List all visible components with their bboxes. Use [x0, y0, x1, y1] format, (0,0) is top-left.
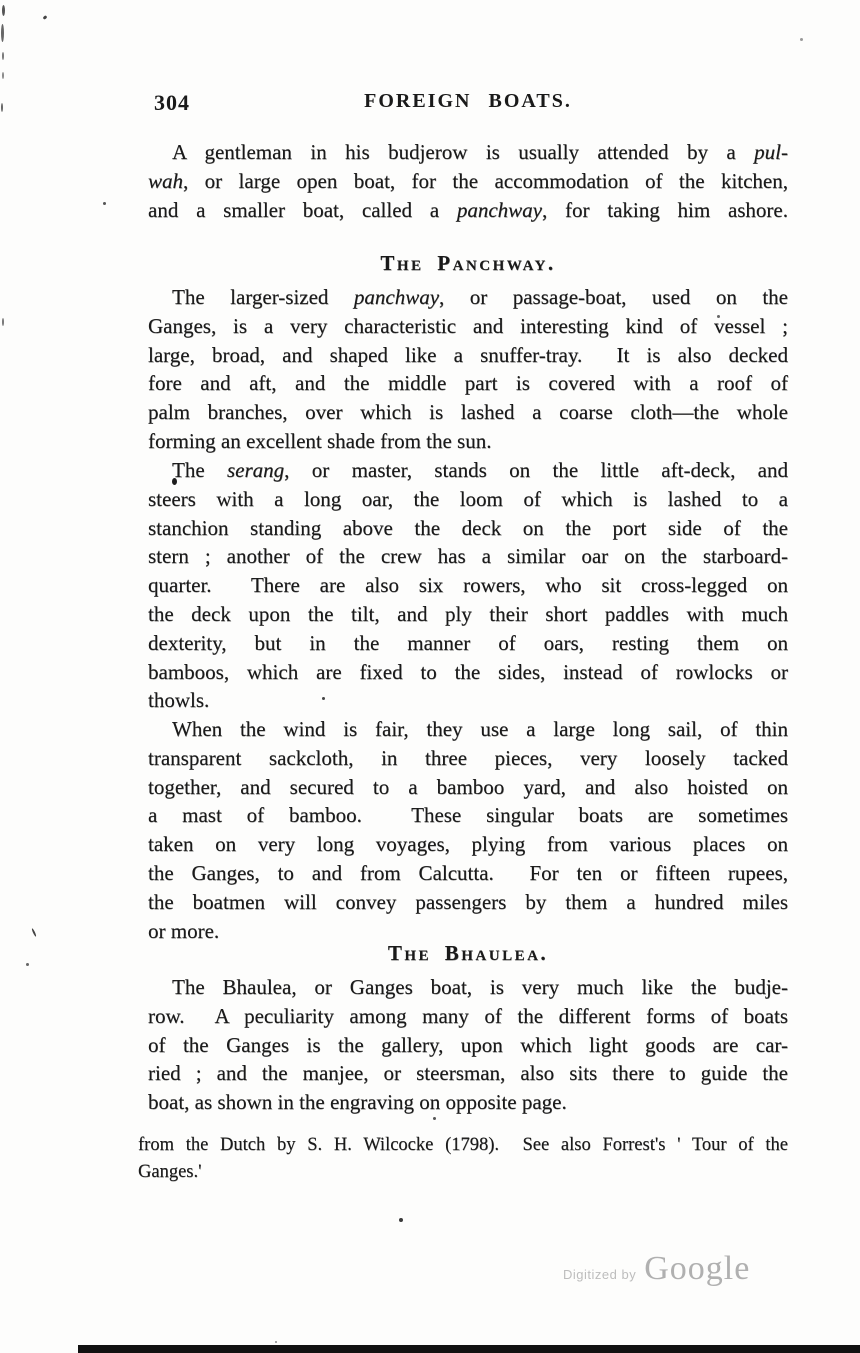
text-line: taken on very long voyages, plying from … [148, 830, 788, 859]
scan-artifact [275, 1341, 277, 1343]
scan-artifact [399, 1218, 403, 1222]
text-line: together, and secured to a bamboo yard, … [148, 773, 788, 802]
text-line: quarter. There are also six rowers, who … [148, 571, 788, 600]
scan-artifact [717, 315, 720, 318]
text-line: and a smaller boat, called a panchway, f… [148, 196, 788, 225]
scan-artifact [2, 5, 5, 16]
scan-artifact [2, 72, 4, 79]
scan-artifact [103, 202, 106, 205]
scan-artifact [26, 963, 29, 966]
scan-artifact [1, 24, 4, 42]
text-line: the Ganges, to and from Calcutta. For te… [148, 859, 788, 888]
text-line: bamboos, which are fixed to the sides, i… [148, 658, 788, 687]
scan-artifact [322, 697, 325, 700]
text-line: steers with a long oar, the loom of whic… [148, 485, 788, 514]
text-line: Ganges, is a very characteristic and int… [148, 312, 788, 341]
paragraph: The Bhaulea, or Ganges boat, is very muc… [148, 973, 788, 1117]
text-line: row. A peculiarity among many of the dif… [148, 1002, 788, 1031]
text-line: ried ; and the manjee, or steersman, als… [148, 1059, 788, 1088]
running-title: FOREIGN BOATS. [364, 90, 572, 112]
scan-artifact [31, 928, 37, 937]
text-line: palm branches, over which is lashed a co… [148, 398, 788, 427]
google-watermark: Digitized by Google [563, 1250, 750, 1288]
text-line: transparent sackcloth, in three pieces, … [148, 744, 788, 773]
paragraph: The serang, or master, stands on the lit… [148, 456, 788, 715]
scanned-page: 304 FOREIGN BOATS. A gentleman in his bu… [0, 0, 860, 1353]
text-line: a mast of bamboo. These singular boats a… [148, 801, 788, 830]
text-line: The serang, or master, stands on the lit… [148, 456, 788, 485]
paragraph: A gentleman in his budjerow is usually a… [148, 138, 788, 224]
text-line: The larger-sized panchway, or passage-bo… [148, 283, 788, 312]
text-line: the boatmen will convey passengers by th… [148, 888, 788, 917]
text-line: boat, as shown in the engraving on oppos… [148, 1088, 788, 1117]
scan-artifact [2, 52, 4, 60]
section-heading: The Panchway. [148, 251, 788, 276]
scan-artifact [172, 478, 177, 485]
text-line: forming an excellent shade from the sun. [148, 427, 788, 456]
text-line: Ganges.' [138, 1159, 788, 1186]
text-line: the deck upon the tilt, and ply their sh… [148, 600, 788, 629]
text-line: of the Ganges is the gallery, upon which… [148, 1031, 788, 1060]
text-line: thowls. [148, 686, 788, 715]
paragraph: When the wind is fair, they use a large … [148, 715, 788, 945]
page-number: 304 [154, 90, 190, 116]
scan-artifact [1, 103, 3, 112]
text-line: fore and aft, and the middle part is cov… [148, 369, 788, 398]
digitized-by-label: Digitized by [563, 1267, 636, 1282]
text-line: dexterity, but in the manner of oars, re… [148, 629, 788, 658]
paragraph: The larger-sized panchway, or passage-bo… [148, 283, 788, 456]
page-header: 304 FOREIGN BOATS. [148, 90, 788, 113]
text-line: wah, or large open boat, for the accommo… [148, 167, 788, 196]
scan-artifact [800, 38, 803, 41]
text-line: When the wind is fair, they use a large … [148, 715, 788, 744]
google-logo: Google [644, 1250, 750, 1288]
scan-edge-bar [78, 1345, 860, 1353]
footnote: from the Dutch by S. H. Wilcocke (1798).… [138, 1132, 788, 1186]
text-line: stanchion standing above the deck on the… [148, 514, 788, 543]
scan-artifact [433, 1117, 436, 1120]
text-line: A gentleman in his budjerow is usually a… [148, 138, 788, 167]
scan-artifact [43, 15, 48, 20]
text-line: stern ; another of the crew has a simila… [148, 542, 788, 571]
text-line: from the Dutch by S. H. Wilcocke (1798).… [138, 1132, 788, 1159]
text-line: large, broad, and shaped like a snuffer-… [148, 341, 788, 370]
section-heading: The Bhaulea. [148, 941, 788, 966]
scan-artifact [2, 318, 4, 326]
text-line: The Bhaulea, or Ganges boat, is very muc… [148, 973, 788, 1002]
